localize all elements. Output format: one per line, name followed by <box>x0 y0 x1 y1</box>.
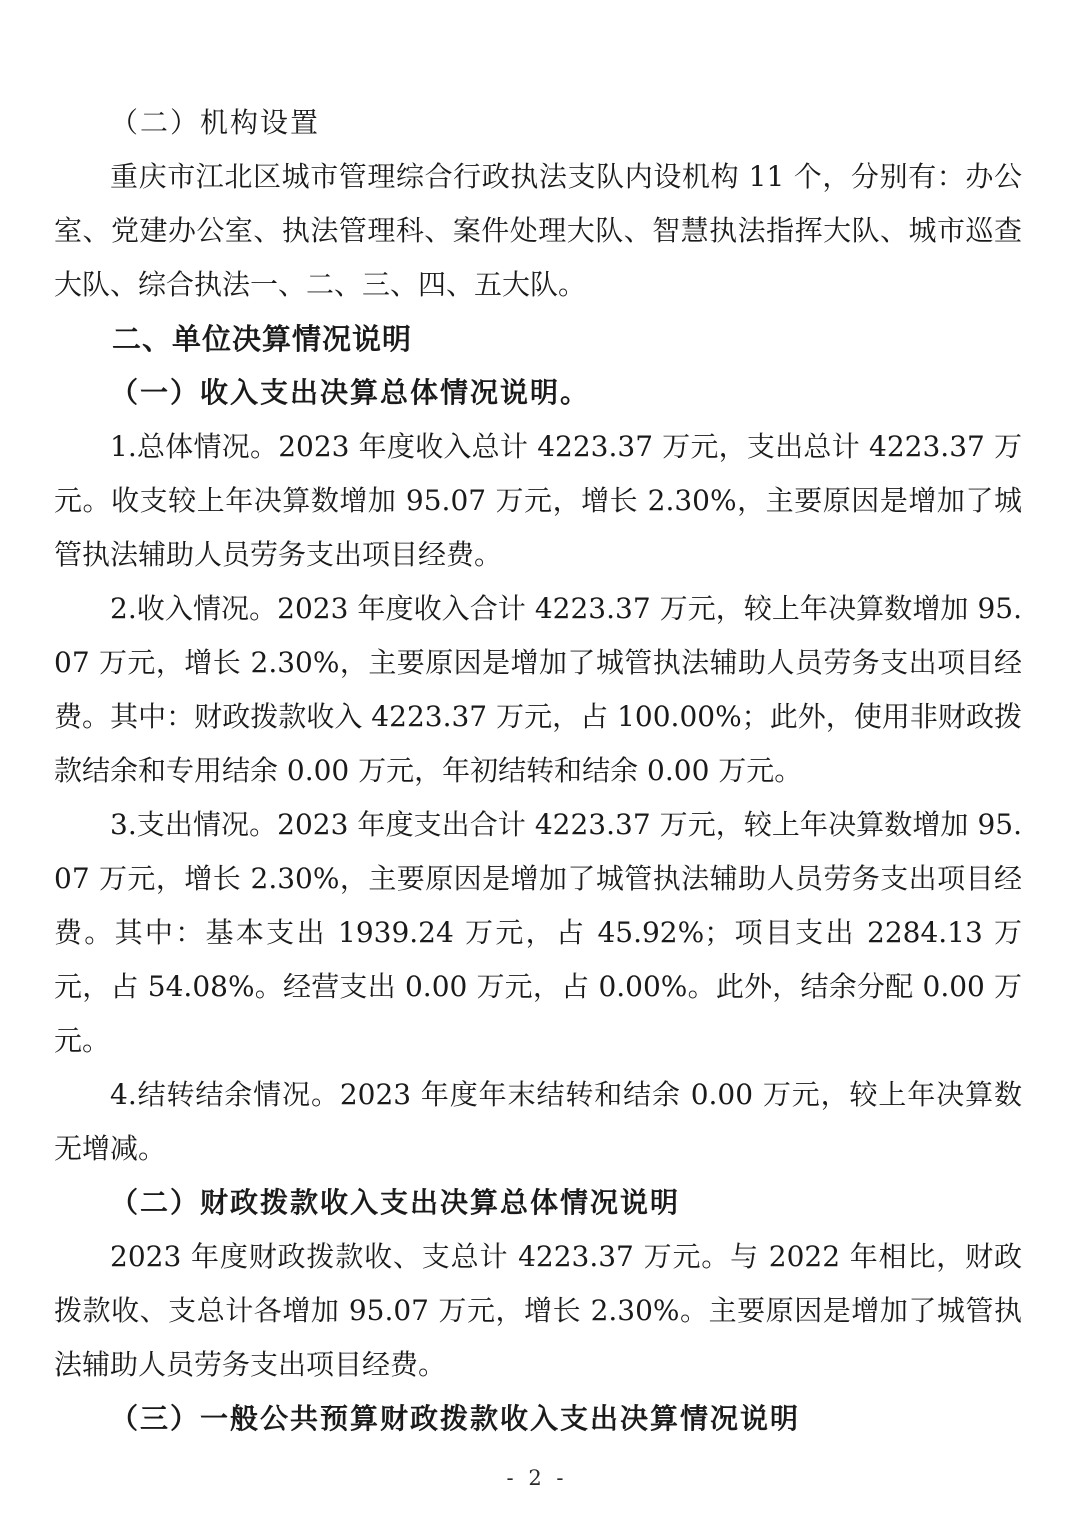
document-body: （二）机构设置重庆市江北区城市管理综合行政执法支队内设机构 11 个，分别有：办… <box>54 96 1022 1446</box>
subsection-heading: （一）收入支出决算总体情况说明。 <box>54 366 1022 420</box>
body-paragraph: 3.支出情况。2023 年度支出合计 4223.37 万元，较上年决算数增加 9… <box>54 798 1022 1068</box>
body-paragraph: 1.总体情况。2023 年度收入总计 4223.37 万元，支出总计 4223.… <box>54 420 1022 582</box>
body-paragraph: 4.结转结余情况。2023 年度年末结转和结余 0.00 万元，较上年决算数无增… <box>54 1068 1022 1176</box>
section-heading: 二、单位决算情况说明 <box>54 312 1022 366</box>
body-paragraph: 重庆市江北区城市管理综合行政执法支队内设机构 11 个，分别有：办公室、党建办公… <box>54 150 1022 312</box>
page-number: - 2 - <box>0 1466 1074 1490</box>
subsection-heading: （二）机构设置 <box>54 96 1022 150</box>
document-page: （二）机构设置重庆市江北区城市管理综合行政执法支队内设机构 11 个，分别有：办… <box>0 0 1074 1520</box>
subsection-heading: （二）财政拨款收入支出决算总体情况说明 <box>54 1176 1022 1230</box>
body-paragraph: 2.收入情况。2023 年度收入合计 4223.37 万元，较上年决算数增加 9… <box>54 582 1022 798</box>
subsection-heading: （三）一般公共预算财政拨款收入支出决算情况说明 <box>54 1392 1022 1446</box>
body-paragraph: 2023 年度财政拨款收、支总计 4223.37 万元。与 2022 年相比，财… <box>54 1230 1022 1392</box>
